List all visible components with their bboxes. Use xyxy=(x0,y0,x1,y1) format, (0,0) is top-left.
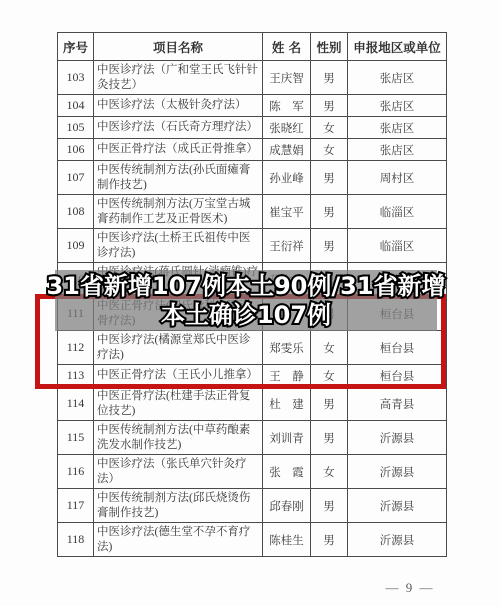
cell-project: 中医诊疗法（广和堂王氏飞针针灸技艺） xyxy=(94,61,263,95)
column-header-4: 申报地区或单位 xyxy=(348,33,447,61)
table-row-115: 115中医传统制剂方法(中草药酿素洗发水制作技艺)刘训青男沂源县 xyxy=(58,421,447,455)
cell-project: 中医传统制剂方法(中草药酿素洗发水制作技艺) xyxy=(94,421,263,455)
cell-region: 沂源县 xyxy=(348,523,447,557)
cell-gender: 女 xyxy=(311,139,348,161)
table-row-109: 109中医诊疗法(土桥王氏祖传中医诊疗法)王衍祥男临淄区 xyxy=(58,229,447,263)
cell-project: 中医诊疗法(德生堂不孕不育疗法) xyxy=(94,523,263,557)
cell-region: 沂源县 xyxy=(348,455,447,489)
column-header-3: 性别 xyxy=(311,33,348,61)
column-header-1: 项目名称 xyxy=(94,33,263,61)
cell-name: 王庆智 xyxy=(263,61,311,95)
cell-region: 临淄区 xyxy=(348,195,447,229)
column-header-2: 姓 名 xyxy=(263,33,311,61)
table-row-118: 118中医诊疗法(德生堂不孕不育疗法)陈桂生男沂源县 xyxy=(58,523,447,557)
cell-name: 张 霞 xyxy=(263,455,311,489)
cell-no: 104 xyxy=(58,95,94,117)
cell-project: 中医诊疗法(土桥王氏祖传中医诊疗法) xyxy=(94,229,263,263)
cell-no: 114 xyxy=(58,387,94,421)
cell-region: 沂源县 xyxy=(348,421,447,455)
cell-project: 中医传统制剂方法(孙氏面瘫膏制作技艺) xyxy=(94,161,263,195)
cell-no: 105 xyxy=(58,117,94,139)
cell-name: 王衍祥 xyxy=(263,229,311,263)
cell-region: 张店区 xyxy=(348,117,447,139)
table-row-117: 117中医传统制剂方法(邱氏烧烫伤膏制作技艺)邱春刚男沂源县 xyxy=(58,489,447,523)
cell-no: 118 xyxy=(58,523,94,557)
cell-gender: 男 xyxy=(311,161,348,195)
cell-name: 杜 建 xyxy=(263,387,311,421)
table-row-106: 106中医正骨疗法（成氏正骨推拿）成慧娟女张店区 xyxy=(58,139,447,161)
cell-gender: 男 xyxy=(311,195,348,229)
cell-no: 116 xyxy=(58,455,94,489)
table-row-108: 108中医传统制剂方法(万宝堂古城膏药制作工艺及正骨医术)崔宝平男临淄区 xyxy=(58,195,447,229)
cell-project: 中医正骨疗法（成氏正骨推拿） xyxy=(94,139,263,161)
cell-gender: 女 xyxy=(311,455,348,489)
cell-region: 张店区 xyxy=(348,61,447,95)
cell-name: 成慧娟 xyxy=(263,139,311,161)
cell-no: 117 xyxy=(58,489,94,523)
cell-gender: 男 xyxy=(311,387,348,421)
cell-project: 中医诊疗法（石氏奇方理疗法） xyxy=(94,117,263,139)
table-row-105: 105中医诊疗法（石氏奇方理疗法）张晓红女张店区 xyxy=(58,117,447,139)
cell-gender: 男 xyxy=(311,489,348,523)
page-number: — 9 — xyxy=(340,580,480,596)
cell-name: 陈 军 xyxy=(263,95,311,117)
cell-no: 115 xyxy=(58,421,94,455)
document-page: 序号项目名称姓 名性别申报地区或单位 103中医诊疗法（广和堂王氏飞针针灸技艺）… xyxy=(0,0,500,606)
cell-name: 陈桂生 xyxy=(263,523,311,557)
table-row-114: 114中医正骨疗法(杜建手法正骨复位技艺)杜 建男高青县 xyxy=(58,387,447,421)
cell-name: 孙业峰 xyxy=(263,161,311,195)
cell-region: 临淄区 xyxy=(348,229,447,263)
banner-headline-line1: 31省新增107例本土90例/31省新增 xyxy=(46,272,445,301)
cell-name: 张晓红 xyxy=(263,117,311,139)
cell-gender: 男 xyxy=(311,523,348,557)
cell-gender: 男 xyxy=(311,421,348,455)
cell-region: 沂源县 xyxy=(348,489,447,523)
cell-no: 109 xyxy=(58,229,94,263)
table-row-103: 103中医诊疗法（广和堂王氏飞针针灸技艺）王庆智男张店区 xyxy=(58,61,447,95)
cell-project: 中医传统制剂方法(万宝堂古城膏药制作工艺及正骨医术) xyxy=(94,195,263,229)
table-row-104: 104中医诊疗法（太极针灸疗法）陈 军男张店区 xyxy=(58,95,447,117)
cell-project: 中医传统制剂方法(邱氏烧烫伤膏制作技艺) xyxy=(94,489,263,523)
cell-project: 中医诊疗法（张氏单穴针灸疗法） xyxy=(94,455,263,489)
cell-gender: 男 xyxy=(311,61,348,95)
cell-name: 刘训青 xyxy=(263,421,311,455)
cell-name: 邱春刚 xyxy=(263,489,311,523)
news-banner-overlay: 31省新增107例本土90例/31省新增 本土确诊107例 xyxy=(55,270,437,331)
column-header-0: 序号 xyxy=(58,33,94,61)
table-row-116: 116中医诊疗法（张氏单穴针灸疗法）张 霞女沂源县 xyxy=(58,455,447,489)
cell-region: 张店区 xyxy=(348,95,447,117)
cell-no: 107 xyxy=(58,161,94,195)
cell-region: 高青县 xyxy=(348,387,447,421)
cell-gender: 女 xyxy=(311,117,348,139)
cell-project: 中医诊疗法（太极针灸疗法） xyxy=(94,95,263,117)
table-header-row: 序号项目名称姓 名性别申报地区或单位 xyxy=(58,33,447,61)
table-row-107: 107中医传统制剂方法(孙氏面瘫膏制作技艺)孙业峰男周村区 xyxy=(58,161,447,195)
cell-project: 中医正骨疗法(杜建手法正骨复位技艺) xyxy=(94,387,263,421)
cell-region: 张店区 xyxy=(348,139,447,161)
cell-no: 106 xyxy=(58,139,94,161)
cell-name: 崔宝平 xyxy=(263,195,311,229)
cell-gender: 男 xyxy=(311,229,348,263)
cell-no: 103 xyxy=(58,61,94,95)
cell-no: 108 xyxy=(58,195,94,229)
cell-gender: 男 xyxy=(311,95,348,117)
cell-region: 周村区 xyxy=(348,161,447,195)
banner-headline-line2: 本土确诊107例 xyxy=(161,301,331,330)
